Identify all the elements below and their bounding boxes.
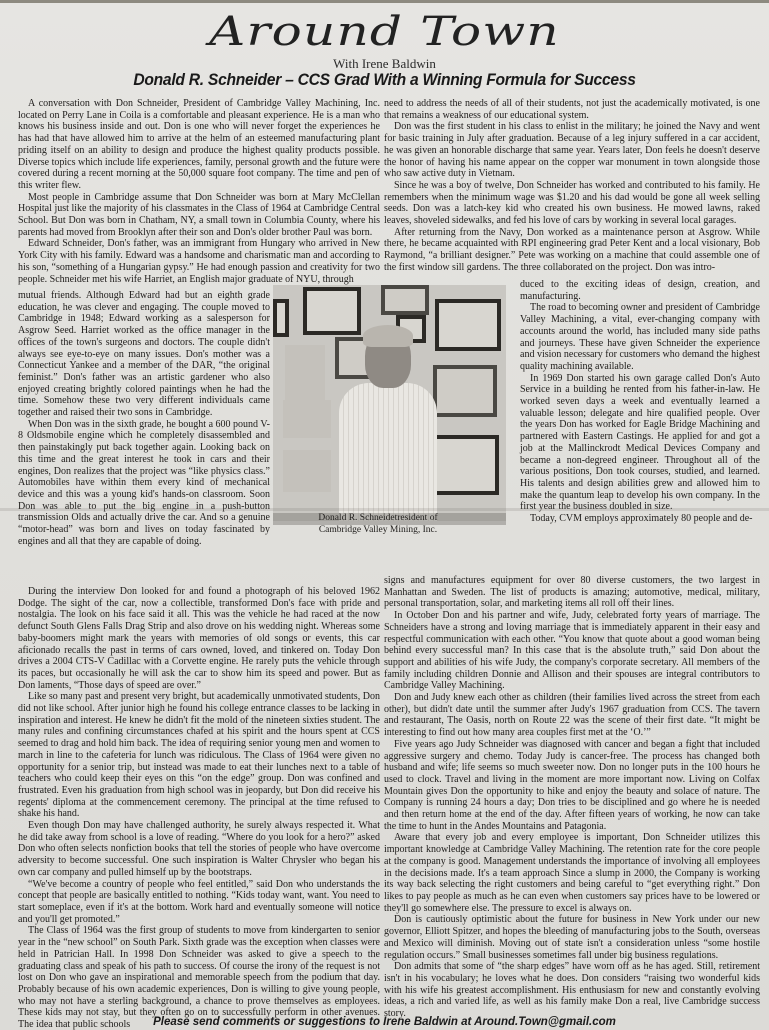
wall-certificate (283, 450, 331, 492)
paragraph: “We've become a country of people who fe… (18, 879, 380, 926)
newspaper-page: Around Town With Irene Baldwin Donald R.… (0, 0, 769, 1030)
paragraph: After returning from the Navy, Don worke… (384, 227, 760, 274)
wall-frame (381, 285, 429, 315)
article-headline: Donald R. Schneider – CCS Grad With a Wi… (31, 70, 738, 90)
article-column-right-bottom: signs and manufactures equipment for ove… (384, 575, 760, 1020)
article-column-right-top: need to address the needs of all of thei… (384, 98, 760, 274)
column-masthead: Around Town (0, 9, 769, 55)
caption-line: Cambridge Valley Mining, Inc. (278, 524, 478, 536)
paragraph: signs and manufactures equipment for ove… (384, 575, 760, 610)
paragraph: A conversation with Don Schneider, Presi… (18, 98, 380, 192)
paragraph: Five years ago Judy Schneider was diagno… (384, 739, 760, 833)
paragraph: Edward Schneider, Don's father, was an i… (18, 238, 380, 285)
paragraph: Since he was a boy of twelve, Don Schnei… (384, 180, 760, 227)
paragraph: mutual friends. Although Edward had but … (18, 290, 270, 419)
paragraph: The Class of 1964 was the first group of… (18, 925, 380, 1030)
wall-frame (273, 299, 289, 337)
paragraph: duced to the exciting ideas of design, c… (520, 279, 760, 302)
paragraph: When Don was in the sixth grade, he boug… (18, 419, 270, 548)
wall-frame (433, 365, 497, 417)
paragraph: Don was the first student in his class t… (384, 121, 760, 180)
wall-certificate (283, 400, 331, 438)
article-column-right-narrow: duced to the exciting ideas of design, c… (520, 279, 760, 525)
paragraph: Most people in Cambridge assume that Don… (18, 192, 380, 239)
paragraph: The road to becoming owner and president… (520, 302, 760, 372)
article-photo (273, 285, 506, 521)
article-column-left-top: A conversation with Don Schneider, Presi… (18, 98, 380, 285)
caption-line: Donald R. Schneidetresident of (278, 512, 478, 524)
paragraph: In 1969 Don started his own garage calle… (520, 373, 760, 513)
person-hair (363, 325, 413, 347)
wall-frame (303, 287, 361, 335)
person-shirt (339, 383, 437, 521)
paragraph: Don and Judy knew each other as children… (384, 692, 760, 739)
photo-caption: Donald R. Schneidetresident of Cambridge… (278, 512, 478, 536)
wall-certificate (285, 345, 325, 400)
article-column-left-bottom: During the interview Don looked for and … (18, 586, 380, 1030)
paragraph: In October Don and his partner and wife,… (384, 610, 760, 692)
wall-frame (435, 299, 501, 351)
paragraph: Aware that every job and every employee … (384, 832, 760, 914)
paper-fold-line (0, 508, 769, 511)
paragraph: Even though Don may have challenged auth… (18, 820, 380, 879)
paragraph: Like so many past and present very brigh… (18, 691, 380, 820)
paragraph: During the interview Don looked for and … (18, 586, 380, 691)
paragraph: Today, CVM employs approximately 80 peop… (520, 513, 760, 525)
paragraph: need to address the needs of all of thei… (384, 98, 760, 121)
paragraph: Don admits that some of “the sharp edges… (384, 961, 760, 1020)
paragraph: Don is cautiously optimistic about the f… (384, 914, 760, 961)
contact-footer: Please send comments or suggestions to I… (0, 1016, 769, 1028)
